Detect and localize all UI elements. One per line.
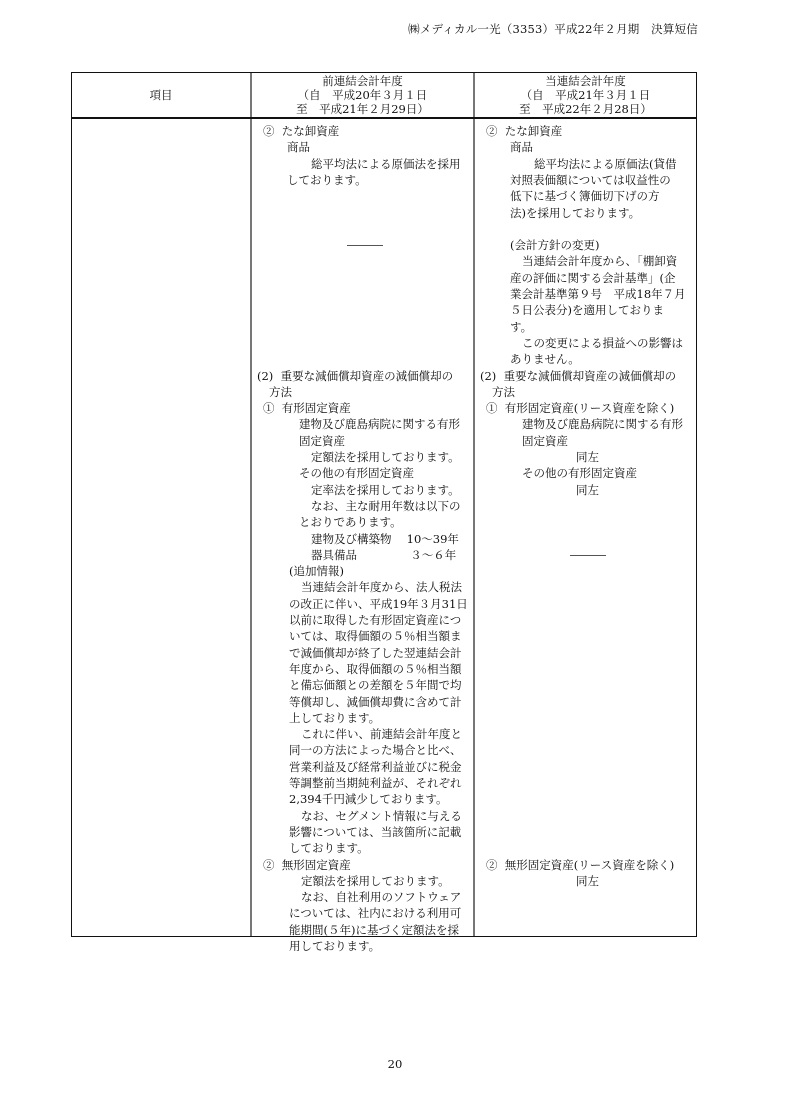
text-line: 定額法を採用しております。 [301, 873, 450, 889]
text-line: その他の有形固定資産 [299, 465, 414, 481]
text-line: 2,394千円減少しております。 [289, 791, 448, 807]
text-line: 当連結会計年度から、法人税法 [301, 579, 462, 595]
text-line: 産の評価に関する会計基準」(企 [510, 270, 676, 286]
header-curr-title: 当連結会計年度 [545, 74, 626, 88]
text-line: ② 無形固定資産(リース資産を除く) [486, 857, 674, 873]
text-line: ② たな卸資産 [263, 123, 339, 139]
header-item-label: 項目 [150, 88, 173, 102]
text-line: 上しております。 [289, 710, 380, 726]
column-divider [250, 73, 252, 936]
text-line: いては、取得価額の５％相当額ま [289, 628, 462, 644]
text-line: で減価償却が終了した翌連結会計 [289, 645, 462, 661]
text-line: ① 有形固定資産(リース資産を除く) [486, 400, 674, 416]
text-line: 低下に基づく簿価切下げの方 [510, 188, 660, 204]
text-line: 同左 [576, 873, 599, 889]
text-line: 法)を採用しております。 [510, 205, 640, 221]
header-prev-from: （自 平成20年３月１日 [298, 88, 428, 102]
text-line: 当連結会計年度から、「棚卸資 [522, 253, 677, 269]
text-line: 同左 [576, 449, 599, 465]
header-current-year: 当連結会計年度 （自 平成21年３月１日 至 平成22年２月28日） [475, 73, 696, 117]
text-line: なお、セグメント情報に与える [301, 808, 462, 824]
text-line: (追加情報) [289, 563, 344, 579]
header-previous-year: 前連結会計年度 （自 平成20年３月１日 至 平成21年２月29日） [252, 73, 473, 117]
text-line: 影響については、当該箇所に記載 [289, 824, 461, 840]
not-applicable-dash [570, 555, 606, 556]
column-divider [473, 73, 475, 936]
text-line: ありません。 [510, 351, 580, 367]
text-line: 同一の方法によった場合と比べ、 [289, 742, 462, 758]
text-line: す。 [510, 319, 532, 335]
text-line: 固定資産 [522, 433, 568, 449]
text-line: その他の有形固定資産 [522, 465, 637, 481]
text-line: なお、自社利用のソフトウェア [301, 889, 461, 905]
text-line: 業会計基準第９号 平成18年７月 [510, 286, 686, 302]
header-curr-to: 至 平成22年２月28日） [519, 102, 652, 116]
text-line: とおりであります。 [299, 514, 402, 530]
accounting-policy-table: 項目 前連結会計年度 （自 平成20年３月１日 至 平成21年２月29日） 当連… [71, 72, 697, 937]
text-line: ① 有形固定資産 [263, 400, 351, 416]
text-line: 用しております。 [289, 938, 380, 954]
text-line: 商品 [510, 139, 533, 155]
text-line: 等調整前当期純利益が、それぞれ [289, 775, 462, 791]
header-divider [72, 117, 696, 119]
text-line: (2) 重要な減価償却資産の減価償却の [257, 368, 453, 384]
text-line: 商品 [287, 139, 310, 155]
text-line: の改正に伴い、平成19年３月31日 [289, 596, 468, 612]
text-line: しております。 [289, 840, 369, 856]
text-line: 総平均法による原価法を採用 [311, 156, 461, 172]
text-line: と備忘価額との差額を５年間で均 [289, 677, 462, 693]
header-prev-title: 前連結会計年度 [322, 74, 403, 88]
text-line: 定額法を採用しております。 [311, 449, 460, 465]
text-line: 建物及び鹿島病院に関する有形 [299, 416, 460, 432]
text-line: 建物及び構築物 10～39年 [311, 531, 459, 547]
text-line: 以前に取得した有形固定資産につ [289, 612, 461, 628]
text-line: この変更による損益への影響は [522, 335, 683, 351]
text-line: 対照表価額については収益性の [510, 172, 671, 188]
text-line: 総平均法による原価法(貸借 [534, 156, 677, 172]
header-curr-from: （自 平成21年３月１日 [521, 88, 651, 102]
page-number: 20 [0, 1057, 790, 1071]
not-applicable-dash [347, 245, 383, 246]
text-line: ② たな卸資産 [486, 123, 562, 139]
text-line: については、社内における利用可 [289, 905, 461, 921]
text-line: 年度から、取得価額の５％相当額 [289, 661, 462, 677]
text-line: 方法 [269, 384, 292, 400]
text-line: (会計方針の変更) [510, 237, 599, 253]
text-line: 器具備品 ３～６年 [311, 547, 456, 563]
text-line: 建物及び鹿島病院に関する有形 [522, 416, 683, 432]
text-line: ５日公表分)を適用しておりま [510, 302, 664, 318]
text-line: なお、主な耐用年数は以下の [311, 498, 461, 514]
text-line: これに伴い、前連結会計年度と [301, 726, 462, 742]
text-line: 同左 [576, 482, 599, 498]
header-prev-to: 至 平成21年２月29日） [296, 102, 429, 116]
text-line: しております。 [287, 172, 367, 188]
text-line: 等償却し、減価償却費に含めて計 [289, 694, 462, 710]
text-line: ② 無形固定資産 [263, 857, 351, 873]
text-line: 方法 [492, 384, 515, 400]
text-line: 営業利益及び経常利益並びに税金 [289, 759, 462, 775]
text-line: 固定資産 [299, 433, 345, 449]
text-line: 定率法を採用しております。 [311, 482, 460, 498]
text-line: (2) 重要な減価償却資産の減価償却の [480, 368, 676, 384]
page-header: ㈱メディカル一光（3353）平成22年２月期 決算短信 [408, 21, 698, 37]
header-item: 項目 [72, 73, 250, 117]
text-line: 能期間(５年)に基づく定額法を採 [289, 922, 459, 938]
